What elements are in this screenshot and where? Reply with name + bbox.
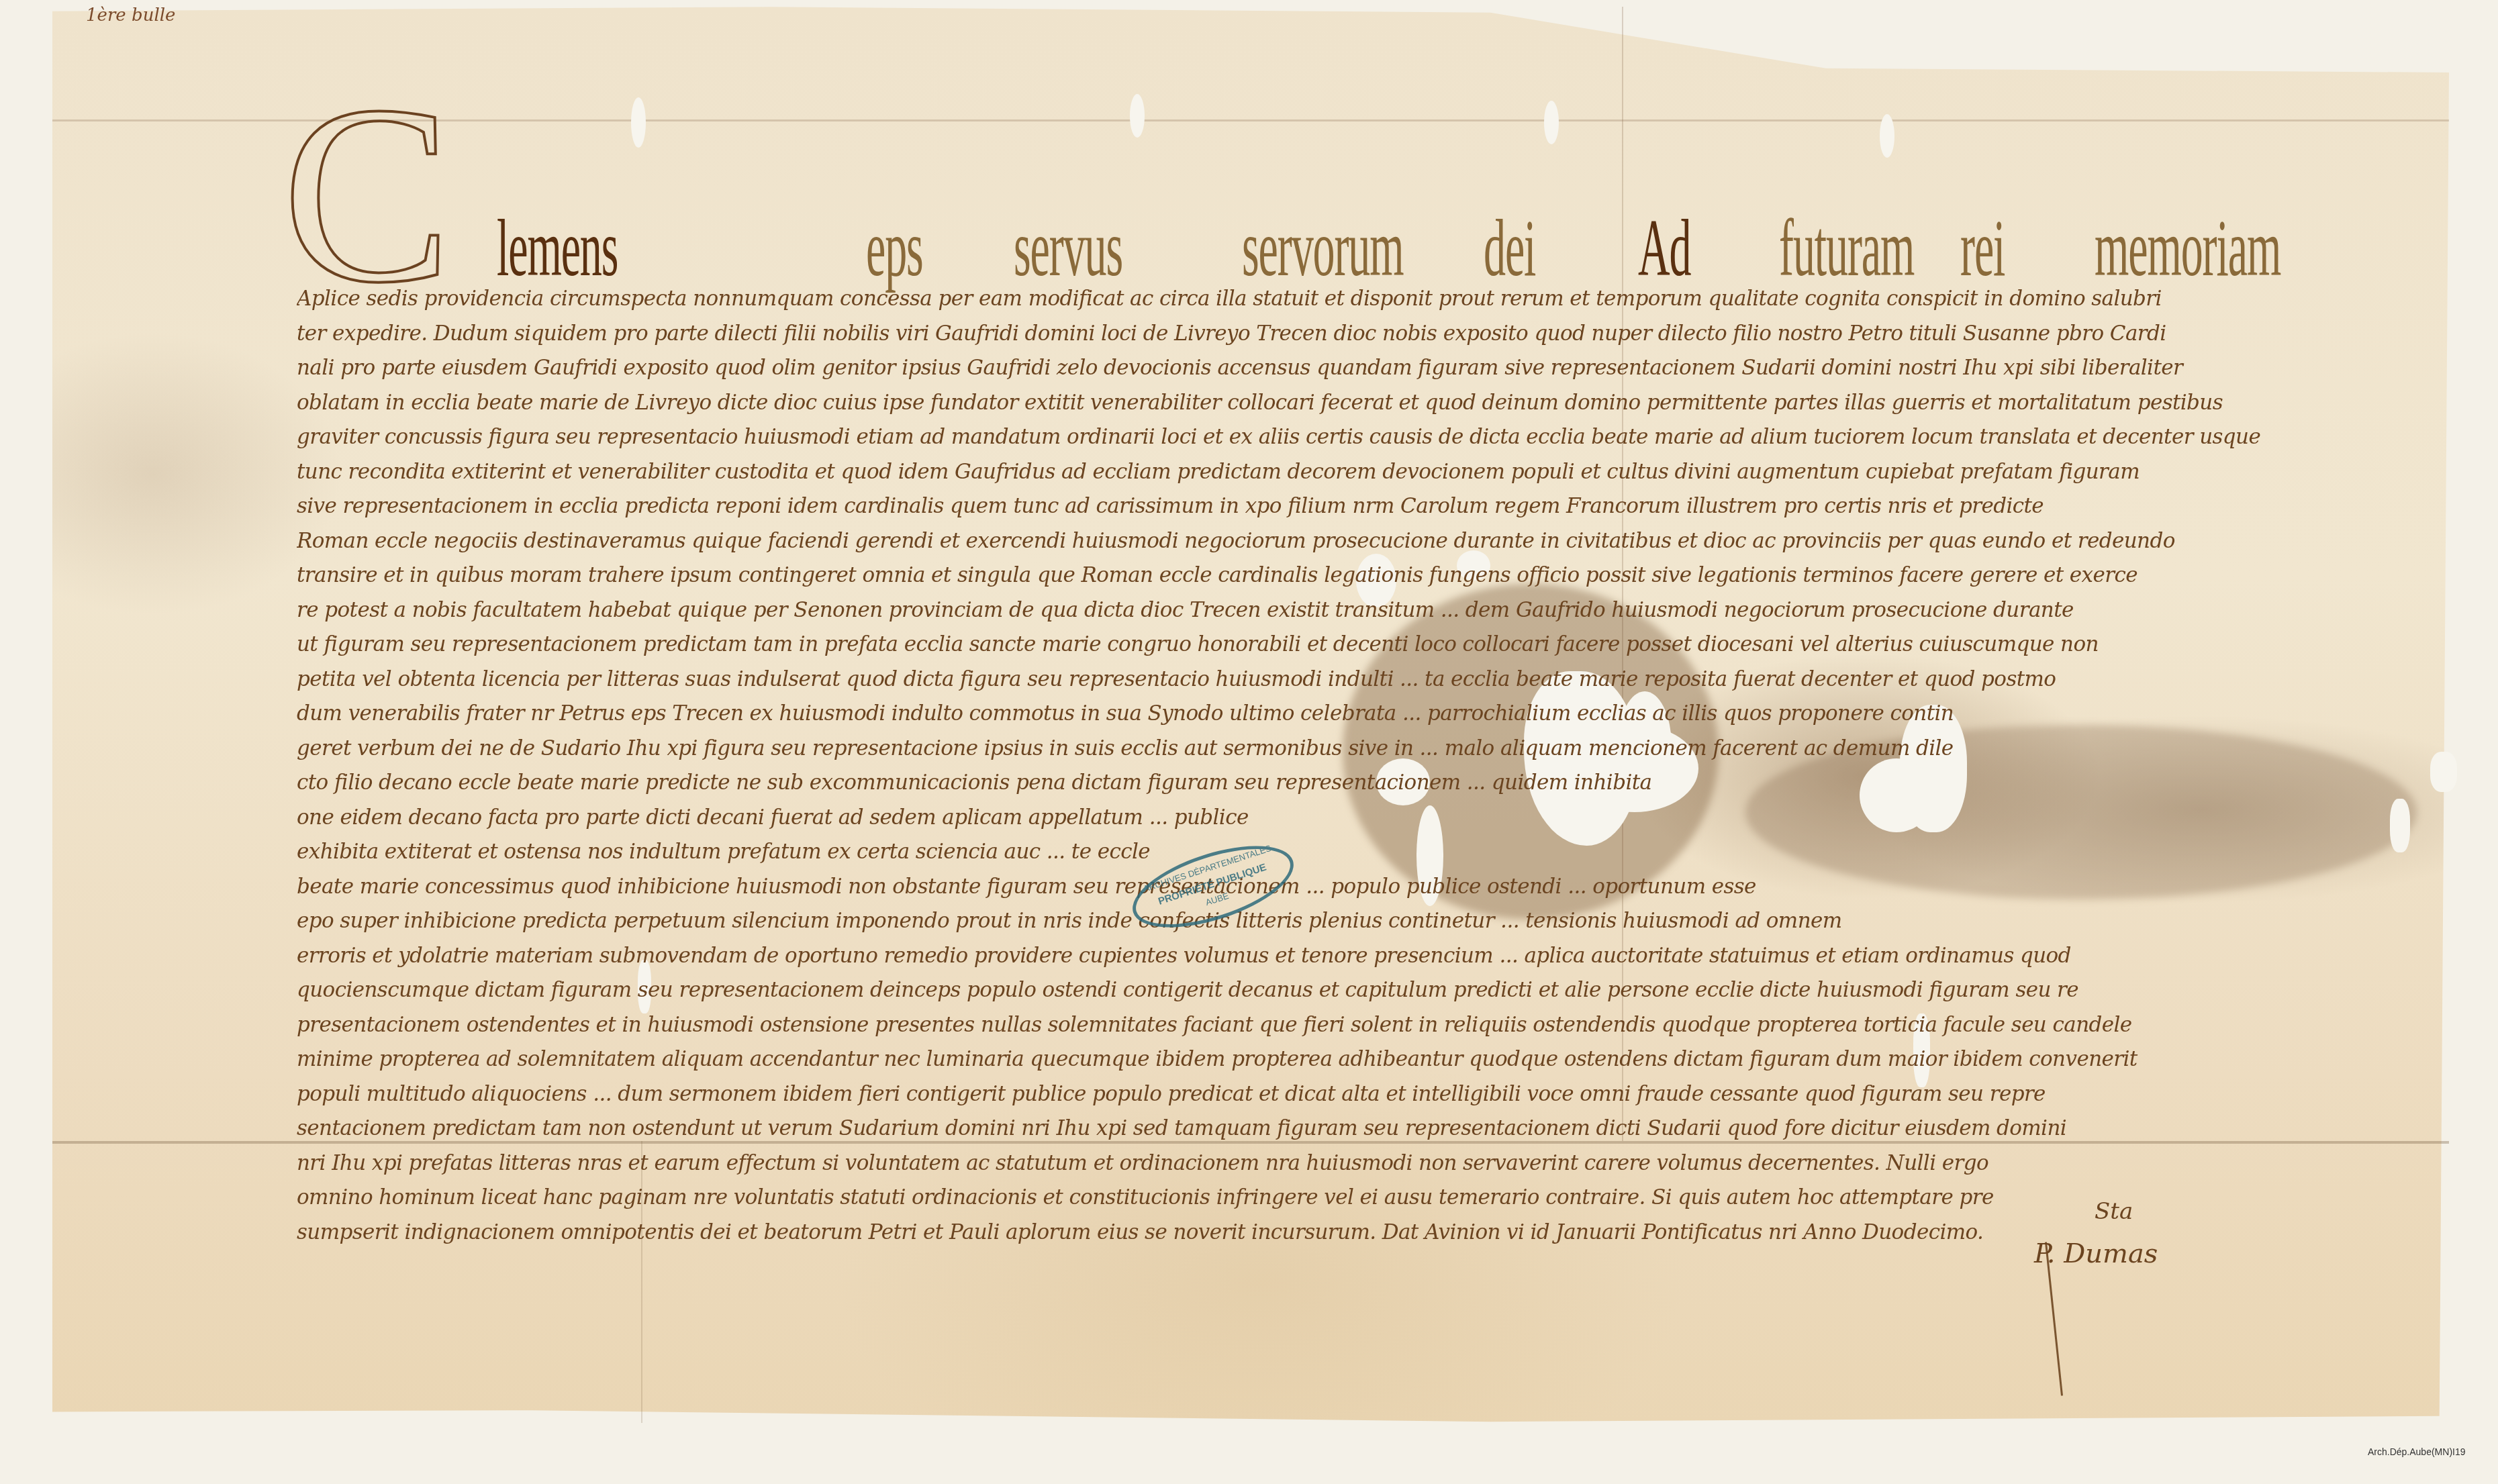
title-word: lemens (497, 208, 618, 289)
text-line: sumpserit indignacionem omnipotentis dei… (297, 1216, 2338, 1250)
title-line: C lemens eps servus servorum dei Ad futu… (282, 60, 2329, 289)
title-word: dei (1484, 208, 1535, 289)
title-word: servus (1014, 208, 1122, 289)
text-line: nri Ihu xpi prefatas litteras nras et ea… (297, 1146, 2338, 1181)
text-line: tunc recondita extiterint et venerabilit… (297, 455, 2338, 490)
text-line: cto filio decano eccle beate marie predi… (297, 766, 2338, 801)
text-line: geret verbum dei ne de Sudario Ihu xpi f… (297, 732, 2338, 766)
text-line: exhibita extiterat et ostensa nos indult… (297, 835, 2338, 870)
title-word: eps (866, 208, 923, 289)
text-line: oblatam in ecclia beate marie de Livreyo… (297, 386, 2338, 421)
text-line: populi multitudo aliquociens ... dum ser… (297, 1077, 2338, 1112)
archive-reference: Arch.Dép.Aube(MN)I19 (2368, 1446, 2466, 1457)
text-line: dum venerabilis frater nr Petrus eps Tre… (297, 697, 2338, 732)
text-line: Roman eccle negociis destinaveramus quiq… (297, 524, 2338, 559)
document-body: Aplice sedis providencia circumspecta no… (297, 282, 2338, 1250)
text-line: erroris et ydolatrie materiam submovenda… (297, 939, 2338, 974)
title-word: Ad (1638, 208, 1690, 289)
title-word: futuram (1779, 208, 1914, 289)
text-line: one eidem decano facta pro parte dicti d… (297, 801, 2338, 836)
text-line: re potest a nobis facultatem habebat qui… (297, 593, 2338, 628)
title-word: rei (1960, 208, 2005, 289)
text-line: graviter concussis figura seu representa… (297, 420, 2338, 455)
text-line: transire et in quibus moram trahere ipsu… (297, 558, 2338, 593)
title-word: memoriam (2095, 208, 2280, 289)
text-line: minime propterea ad solemnitatem aliquam… (297, 1042, 2338, 1077)
torn-area (2430, 752, 2457, 792)
text-line: nali pro parte eiusdem Gaufridi exposito… (297, 351, 2338, 386)
text-line: Aplice sedis providencia circumspecta no… (297, 282, 2338, 317)
signature-line-2: P. Dumas (2034, 1238, 2158, 1269)
text-line: epo super inhibicione predicta perpetuum… (297, 904, 2338, 939)
title-word: servorum (1242, 208, 1403, 289)
text-line: sentacionem predictam tam non ostendunt … (297, 1111, 2338, 1146)
text-line: quocienscumque dictam figuram seu repres… (297, 973, 2338, 1008)
text-line: ut figuram seu representacionem predicta… (297, 628, 2338, 662)
margin-annotation: 1ère bulle (86, 5, 175, 26)
torn-area (2390, 799, 2410, 852)
text-line: beate marie concessimus quod inhibicione… (297, 870, 2338, 905)
text-line: sive representacionem in ecclia predicta… (297, 489, 2338, 524)
text-line: omnino hominum liceat hanc paginam nre v… (297, 1181, 2338, 1216)
signature-line-1: Sta (2095, 1198, 2133, 1225)
text-line: presentacionem ostendentes et in huiusmo… (297, 1008, 2338, 1043)
text-line: ter expedire. Dudum siquidem pro parte d… (297, 317, 2338, 352)
text-line: petita vel obtenta licencia per litteras… (297, 662, 2338, 697)
